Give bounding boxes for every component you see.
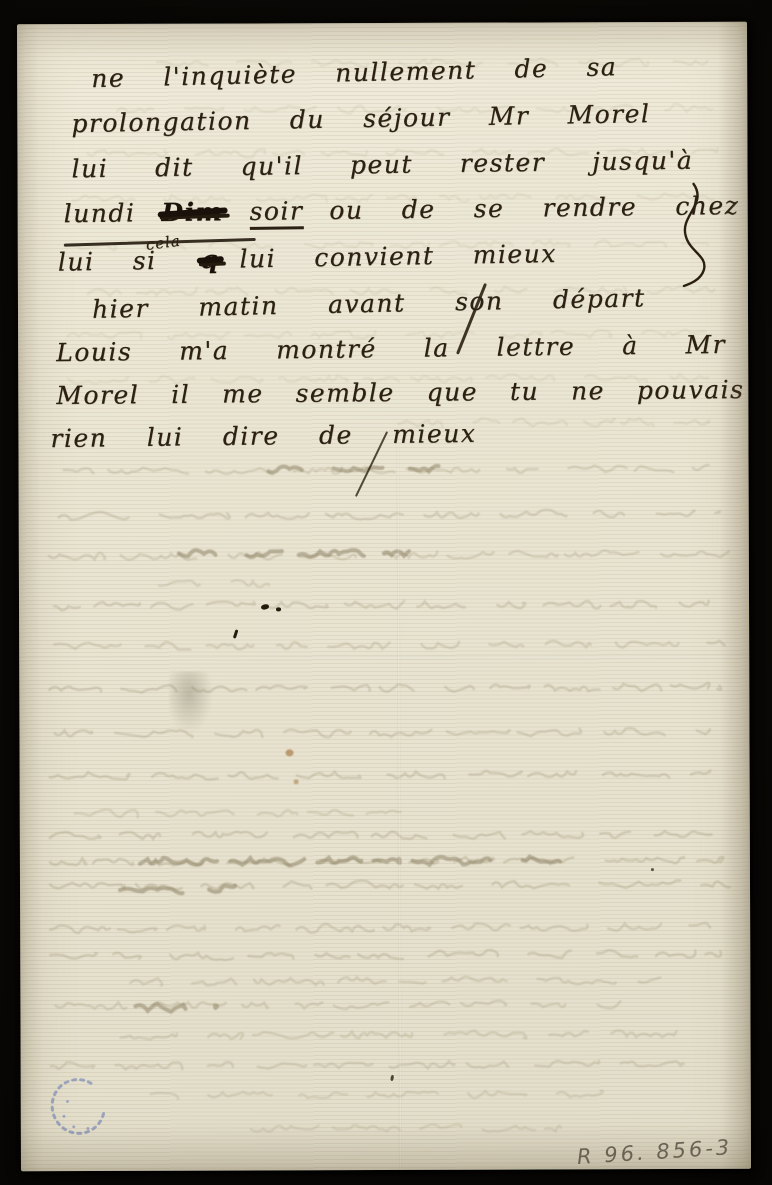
ink-speck [651,868,654,871]
pen-flourish [670,182,714,292]
underlined-word: soir [249,196,303,230]
rust-stain [286,749,294,756]
photo-background: ne l'inquiète nullement de sa prolongati… [0,0,772,1185]
word: lundi [63,198,135,228]
struck-word: q [200,245,219,274]
manuscript-page: ne l'inquiète nullement de sa prolongati… [17,22,751,1172]
struck-word: Dim [161,197,223,227]
ink-speck [276,607,281,611]
word: lui si [58,246,157,277]
handwritten-line-8: Morel il me semble que tu ne pouvais [56,376,744,411]
handwritten-line-9: rien lui dire de mieux [50,420,476,454]
rust-stain [294,779,299,784]
word: lui convient mieux [239,239,557,274]
